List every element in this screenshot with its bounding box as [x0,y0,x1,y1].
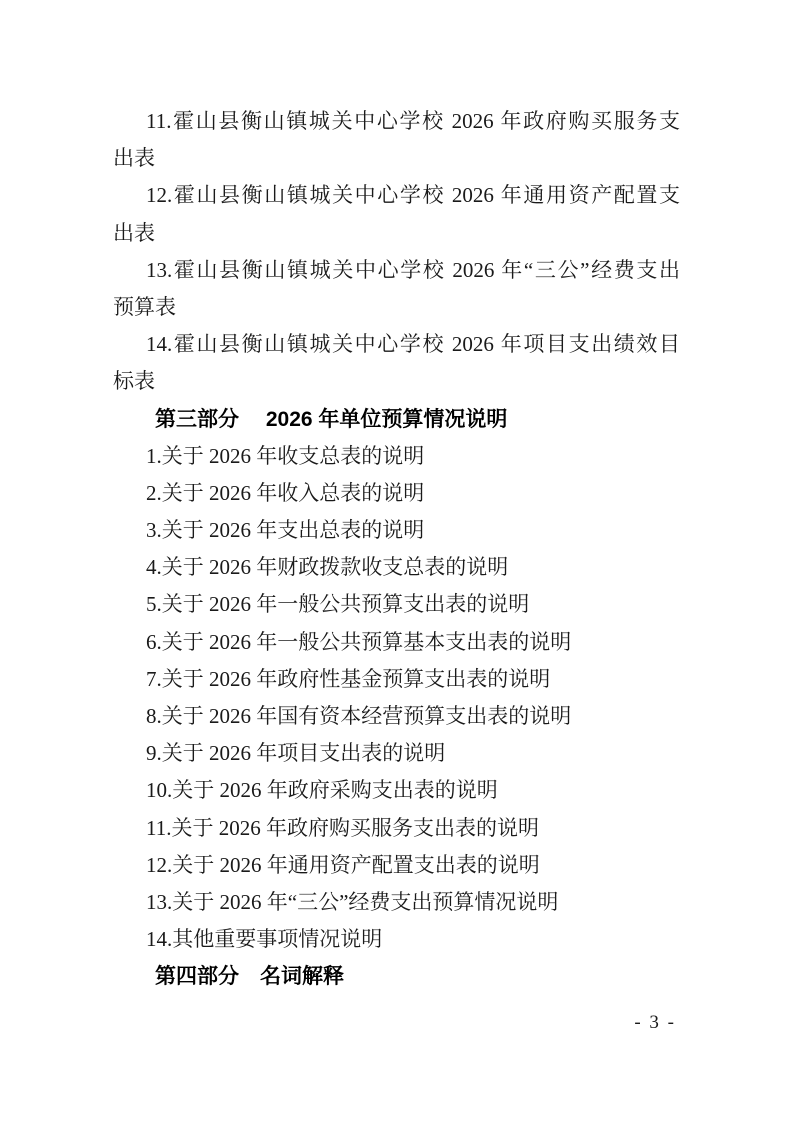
toc-line: 14.其他重要事项情况说明 [113,921,680,958]
toc-line: 13.关于 2026 年“三公”经费支出预算情况说明 [113,884,680,921]
toc-line: 6.关于 2026 年一般公共预算基本支出表的说明 [113,624,680,661]
toc-line: 12.关于 2026 年通用资产配置支出表的说明 [113,847,680,884]
toc-line: 12.霍山县衡山镇城关中心学校 2026 年通用资产配置支 [113,177,680,214]
toc-line: 13.霍山县衡山镇城关中心学校 2026 年“三公”经费支出 [113,252,680,289]
toc-section-heading: 第四部分 名词解释 [113,958,680,995]
toc-line: 7.关于 2026 年政府性基金预算支出表的说明 [113,661,680,698]
toc-line: 11.关于 2026 年政府购买服务支出表的说明 [113,810,680,847]
page-number: - 3 - [634,1012,676,1034]
toc-line: 标表 [113,363,680,400]
toc-line: 出表 [113,140,680,177]
toc-content: 11.霍山县衡山镇城关中心学校 2026 年政府购买服务支出表12.霍山县衡山镇… [113,103,680,996]
toc-line: 5.关于 2026 年一般公共预算支出表的说明 [113,586,680,623]
toc-section-heading: 第三部分 2026 年单位预算情况说明 [113,401,680,438]
toc-line: 14.霍山县衡山镇城关中心学校 2026 年项目支出绩效目 [113,326,680,363]
toc-line: 9.关于 2026 年项目支出表的说明 [113,735,680,772]
toc-line: 4.关于 2026 年财政拨款收支总表的说明 [113,549,680,586]
toc-line: 11.霍山县衡山镇城关中心学校 2026 年政府购买服务支 [113,103,680,140]
toc-line: 10.关于 2026 年政府采购支出表的说明 [113,772,680,809]
toc-line: 1.关于 2026 年收支总表的说明 [113,438,680,475]
toc-line: 3.关于 2026 年支出总表的说明 [113,512,680,549]
toc-line: 8.关于 2026 年国有资本经营预算支出表的说明 [113,698,680,735]
toc-line: 预算表 [113,289,680,326]
document-page: 11.霍山县衡山镇城关中心学校 2026 年政府购买服务支出表12.霍山县衡山镇… [0,0,794,1122]
toc-line: 2.关于 2026 年收入总表的说明 [113,475,680,512]
toc-line: 出表 [113,215,680,252]
